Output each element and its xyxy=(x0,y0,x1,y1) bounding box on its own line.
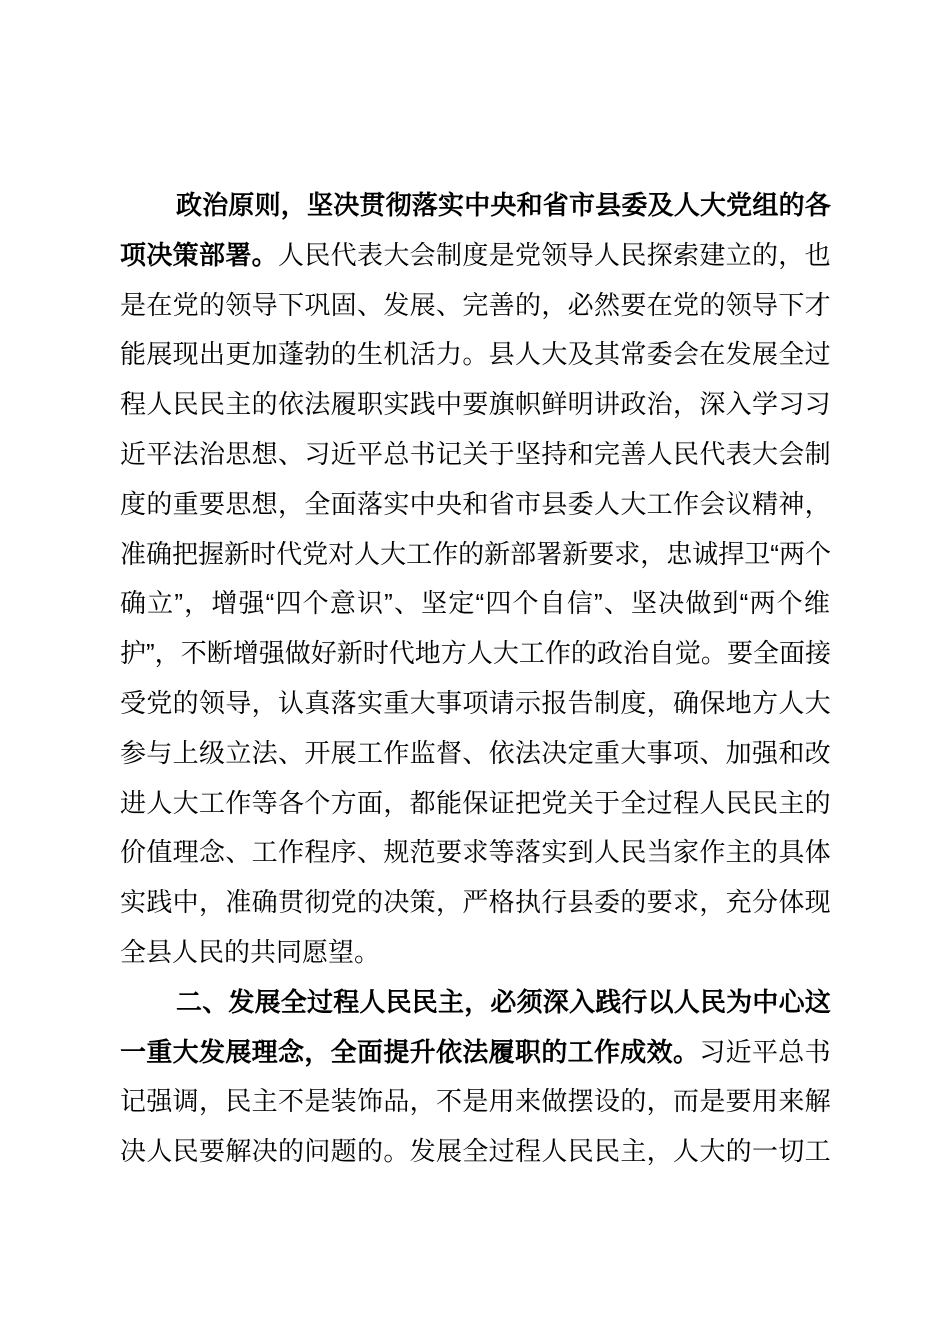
text-line: 决人民要解决的问题的。发展全过程人民民主，人大的一切工 xyxy=(120,1127,831,1177)
text-run: 实践中，准确贯彻党的决策，严格执行县委的要求，充分体现 xyxy=(120,887,831,917)
text-run: 准确把握新时代党对人大工作的新部署新要求，忠诚捍卫“两个 xyxy=(120,539,831,569)
text-line: 是在党的领导下巩固、发展、完善的，必然要在党的领导下才 xyxy=(120,281,831,331)
text-run: 价值理念、工作程序、规范要求等落实到人民当家作主的具体 xyxy=(120,837,831,867)
text-line: 记强调，民主不是装饰品，不是用来做摆设的，而是要用来解 xyxy=(120,1077,831,1127)
text-line: 能展现出更加蓬勃的生机活力。县人大及其常委会在发展全过 xyxy=(120,330,831,380)
text-run: 人民代表大会制度是党领导人民探索建立的，也 xyxy=(278,240,831,270)
document-page: 政治原则，坚决贯彻落实中央和省市县委及人大党组的各项决策部署。人民代表大会制度是… xyxy=(0,0,950,1344)
text-line: 价值理念、工作程序、规范要求等落实到人民当家作主的具体 xyxy=(120,828,831,878)
text-run: 确立”，增强“四个意识”、坚定“四个自信”、坚决做到“两个维 xyxy=(120,588,831,618)
bold-text-run: 一重大发展理念，全面提升依法履职的工作成效。 xyxy=(120,1037,699,1067)
bold-text-run: 二、发展全过程人民民主，必须深入践行以人民为中心这 xyxy=(176,987,831,1017)
text-line: 近平法治思想、习近平总书记关于坚持和完善人民代表大会制 xyxy=(120,430,831,480)
text-line: 受党的领导，认真落实重大事项请示报告制度，确保地方人大 xyxy=(120,679,831,729)
bold-text-run: 政治原则，坚决贯彻落实中央和省市县委及人大党组的各 xyxy=(176,190,831,220)
text-line: 护”，不断增强做好新时代地方人大工作的政治自觉。要全面接 xyxy=(120,629,831,679)
text-line: 一重大发展理念，全面提升依法履职的工作成效。习近平总书 xyxy=(120,1028,831,1078)
text-line: 参与上级立法、开展工作监督、依法决定重大事项、加强和改 xyxy=(120,729,831,779)
text-line: 确立”，增强“四个意识”、坚定“四个自信”、坚决做到“两个维 xyxy=(120,579,831,629)
bold-text-run: 项决策部署。 xyxy=(120,240,278,270)
text-line: 实践中，准确贯彻党的决策，严格执行县委的要求，充分体现 xyxy=(120,878,831,928)
text-run: 习近平总书 xyxy=(699,1037,831,1067)
text-run: 参与上级立法、开展工作监督、依法决定重大事项、加强和改 xyxy=(120,738,831,768)
text-line: 进人大工作等各个方面，都能保证把党关于全过程人民民主的 xyxy=(120,779,831,829)
text-run: 进人大工作等各个方面，都能保证把党关于全过程人民民主的 xyxy=(120,788,831,818)
text-line: 准确把握新时代党对人大工作的新部署新要求，忠诚捍卫“两个 xyxy=(120,530,831,580)
paragraph: 政治原则，坚决贯彻落实中央和省市县委及人大党组的各项决策部署。人民代表大会制度是… xyxy=(120,181,831,978)
text-run: 受党的领导，认真落实重大事项请示报告制度，确保地方人大 xyxy=(120,688,831,718)
text-run: 近平法治思想、习近平总书记关于坚持和完善人民代表大会制 xyxy=(120,439,831,469)
text-run: 是在党的领导下巩固、发展、完善的，必然要在党的领导下才 xyxy=(120,290,831,320)
text-line: 全县人民的共同愿望。 xyxy=(120,928,831,978)
text-run: 程人民民主的依法履职实践中要旗帜鲜明讲政治，深入学习习 xyxy=(120,389,831,419)
paragraph: 二、发展全过程人民民主，必须深入践行以人民为中心这一重大发展理念，全面提升依法履… xyxy=(120,978,831,1177)
text-run: 度的重要思想，全面落实中央和省市县委人大工作会议精神， xyxy=(120,489,831,519)
text-run: 记强调，民主不是装饰品，不是用来做摆设的，而是要用来解 xyxy=(120,1086,831,1116)
text-run: 全县人民的共同愿望。 xyxy=(120,937,380,967)
text-line: 政治原则，坚决贯彻落实中央和省市县委及人大党组的各 xyxy=(120,181,831,231)
text-line: 二、发展全过程人民民主，必须深入践行以人民为中心这 xyxy=(120,978,831,1028)
text-line: 程人民民主的依法履职实践中要旗帜鲜明讲政治，深入学习习 xyxy=(120,380,831,430)
text-run: 能展现出更加蓬勃的生机活力。县人大及其常委会在发展全过 xyxy=(120,339,831,369)
text-run: 决人民要解决的问题的。发展全过程人民民主，人大的一切工 xyxy=(120,1136,831,1166)
document-text-block: 政治原则，坚决贯彻落实中央和省市县委及人大党组的各项决策部署。人民代表大会制度是… xyxy=(120,181,831,1177)
text-line: 度的重要思想，全面落实中央和省市县委人大工作会议精神， xyxy=(120,480,831,530)
text-run: 护”，不断增强做好新时代地方人大工作的政治自觉。要全面接 xyxy=(120,638,831,668)
text-line: 项决策部署。人民代表大会制度是党领导人民探索建立的，也 xyxy=(120,231,831,281)
